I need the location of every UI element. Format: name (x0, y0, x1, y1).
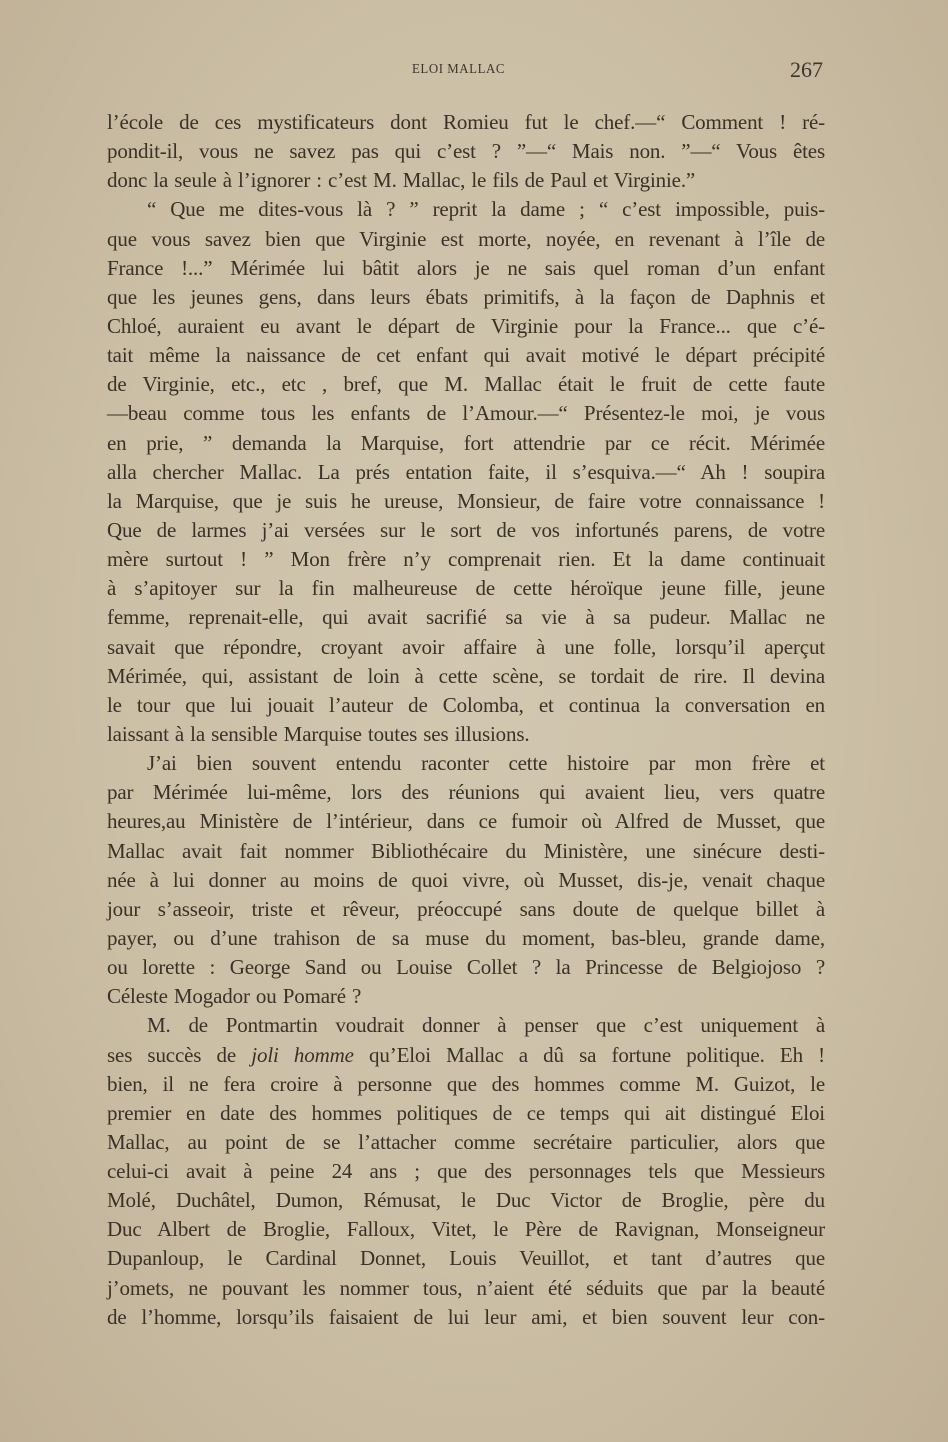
text-line: le tour que lui jouait l’auteur de Colom… (107, 691, 825, 720)
text-line: tait même la naissance de cet enfant qui… (107, 341, 825, 370)
body-text: l’école de ces mystificateurs dont Romie… (107, 108, 825, 1332)
text-line: que les jeunes gens, dans leurs ébats pr… (107, 283, 825, 312)
text-line: j’omets, ne pouvant les nommer tous, n’a… (107, 1274, 825, 1303)
text-line: mère surtout ! ” Mon frère n’y comprenai… (107, 545, 825, 574)
text-line: “ Que me dites-vous là ? ” reprit la dam… (107, 195, 825, 224)
text-line: M. de Pontmartin voudrait donner à pense… (107, 1011, 825, 1040)
text-line: ses succès de joli homme qu’Eloi Mallac … (107, 1041, 825, 1070)
text-line: par Mérimée lui-même, lors des réunions … (107, 778, 825, 807)
book-page: ELOI MALLAC 267 l’école de ces mystifica… (0, 0, 948, 1442)
text-line: Mérimée, qui, assistant de loin à cette … (107, 662, 825, 691)
text-line: de l’homme, lorsqu’ils faisaient de lui … (107, 1303, 825, 1332)
text-line: l’école de ces mystificateurs dont Romie… (107, 108, 825, 137)
text-line: savait que répondre, croyant avoir affai… (107, 633, 825, 662)
text-line: que vous savez bien que Virginie est mor… (107, 225, 825, 254)
text-line: Céleste Mogador ou Pomaré ? (107, 982, 825, 1011)
text-line: payer, ou d’une trahison de sa muse du m… (107, 924, 825, 953)
text-line: jour s’asseoir, triste et rêveur, préocc… (107, 895, 825, 924)
text-line: premier en date des hommes politiques de… (107, 1099, 825, 1128)
text-line: Mallac, au point de se l’attacher comme … (107, 1128, 825, 1157)
text-line: en prie, ” demanda la Marquise, fort att… (107, 429, 825, 458)
text-span: ses succès de (107, 1043, 251, 1067)
text-line: pondit-il, vous ne savez pas qui c’est ?… (107, 137, 825, 166)
text-line: —beau comme tous les enfants de l’Amour.… (107, 399, 825, 428)
text-line: à s’apitoyer sur la fin malheureuse de c… (107, 574, 825, 603)
text-span: qu’Eloi Mallac a dû sa fortune politique… (354, 1043, 825, 1067)
text-line: la Marquise, que je suis he ureuse, Mons… (107, 487, 825, 516)
text-line: bien, il ne fera croire à personne que d… (107, 1070, 825, 1099)
text-line: née à lui donner au moins de quoi vivre,… (107, 866, 825, 895)
text-line: Chloé, auraient eu avant le départ de Vi… (107, 312, 825, 341)
running-head: ELOI MALLAC 267 (0, 60, 948, 84)
text-line: femme, reprenait-elle, qui avait sacrifi… (107, 603, 825, 632)
text-line: celui-ci avait à peine 24 ans ; que des … (107, 1157, 825, 1186)
running-title: ELOI MALLAC (412, 62, 505, 78)
italic-phrase: joli homme (251, 1043, 354, 1067)
text-line: France !...” Mérimée lui bâtit alors je … (107, 254, 825, 283)
text-line: de Virginie, etc., etc , bref, que M. Ma… (107, 370, 825, 399)
text-line: J’ai bien souvent entendu raconter cette… (107, 749, 825, 778)
text-line: alla chercher Mallac. La prés entation f… (107, 458, 825, 487)
text-line: Duc Albert de Broglie, Falloux, Vitet, l… (107, 1215, 825, 1244)
text-line: donc la seule à l’ignorer : c’est M. Mal… (107, 166, 825, 195)
text-line: heures,au Ministère de l’intérieur, dans… (107, 807, 825, 836)
text-line: Que de larmes j’ai versées sur le sort d… (107, 516, 825, 545)
text-line: Mallac avait fait nommer Bibliothécaire … (107, 837, 825, 866)
text-line: ou lorette : George Sand ou Louise Colle… (107, 953, 825, 982)
text-line: laissant à la sensible Marquise toutes s… (107, 720, 825, 749)
text-line: Molé, Duchâtel, Dumon, Rémusat, le Duc V… (107, 1186, 825, 1215)
text-line: Dupanloup, le Cardinal Donnet, Louis Veu… (107, 1244, 825, 1273)
page-number: 267 (790, 57, 823, 83)
